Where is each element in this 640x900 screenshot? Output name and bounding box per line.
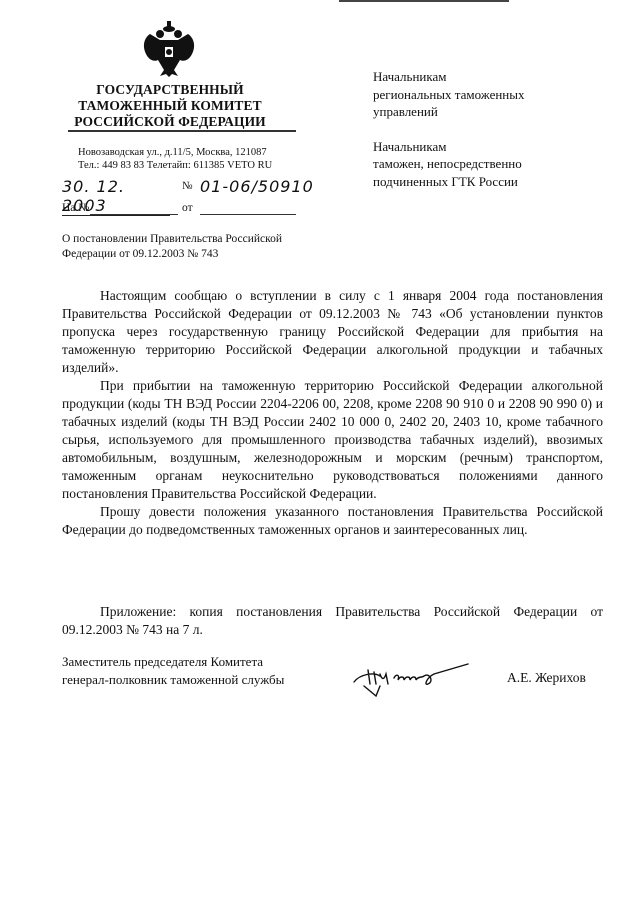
subject-text: О постановлении Правительства Российской: [62, 232, 322, 247]
subject-text: Федерации от 09.12.2003 № 743: [62, 247, 322, 262]
org-name-line: ТАМОЖЕННЫЙ КОМИТЕТ: [60, 98, 280, 114]
registration-row: 30. 12. 2003 № 01-06/50910: [62, 177, 322, 199]
ref-date-label: от: [182, 202, 193, 214]
body-paragraph: Настоящим сообщаю о вступлении в силу с …: [62, 287, 603, 377]
ref-date-blank: [200, 202, 296, 215]
position-line: Заместитель председателя Комитета: [62, 653, 342, 671]
ref-number-blank: [90, 202, 178, 215]
signer-name: А.Е. Жерихов: [507, 670, 586, 686]
attachment-note: Приложение: копия постановления Правител…: [62, 603, 603, 639]
recipient-group: Начальникам таможен, непосредственно под…: [373, 138, 623, 191]
number-sign: №: [182, 180, 193, 192]
attachment-text: Приложение: копия постановления Правител…: [62, 603, 603, 639]
recipient-group: Начальникам региональных таможенных упра…: [373, 68, 623, 121]
ref-number-label: На №: [62, 202, 89, 214]
recipient-line: Начальникам: [373, 69, 447, 84]
recipient-line: таможен, непосредственно: [373, 156, 522, 171]
signer-position: Заместитель председателя Комитета генера…: [62, 653, 342, 689]
handwritten-signature-icon: [350, 660, 470, 700]
organization-name: ГОСУДАРСТВЕННЫЙ ТАМОЖЕННЫЙ КОМИТЕТ РОССИ…: [60, 82, 280, 130]
top-edge-rule: [339, 0, 509, 2]
org-name-line: ГОСУДАРСТВЕННЫЙ: [60, 82, 280, 98]
body-paragraph: При прибытии на таможенную территорию Ро…: [62, 377, 603, 503]
header-divider: [68, 130, 296, 132]
double-headed-eagle-icon: [140, 20, 198, 78]
position-line: генерал-полковник таможенной службы: [62, 671, 342, 689]
letter-body: Настоящим сообщаю о вступлении в силу с …: [62, 287, 603, 539]
address-block: Новозаводская ул., д.11/5, Москва, 12108…: [78, 146, 318, 172]
contacts-line: Тел.: 449 83 83 Телетайп: 611385 VETO RU: [78, 159, 318, 172]
org-name-line: РОССИЙСКОЙ ФЕДЕРАЦИИ: [60, 114, 280, 130]
subject-line: О постановлении Правительства Российской…: [62, 232, 322, 262]
recipient-line: подчиненных ГТК России: [373, 174, 518, 189]
address-line: Новозаводская ул., д.11/5, Москва, 12108…: [78, 146, 318, 159]
handwritten-number: 01-06/50910: [200, 177, 320, 196]
recipients-block: Начальникам региональных таможенных упра…: [373, 68, 623, 207]
reference-row: На № от: [62, 202, 322, 220]
recipient-line: управлений: [373, 104, 438, 119]
body-paragraph: Прошу довести положения указанного поста…: [62, 503, 603, 539]
recipient-line: региональных таможенных: [373, 87, 525, 102]
recipient-line: Начальникам: [373, 139, 447, 154]
